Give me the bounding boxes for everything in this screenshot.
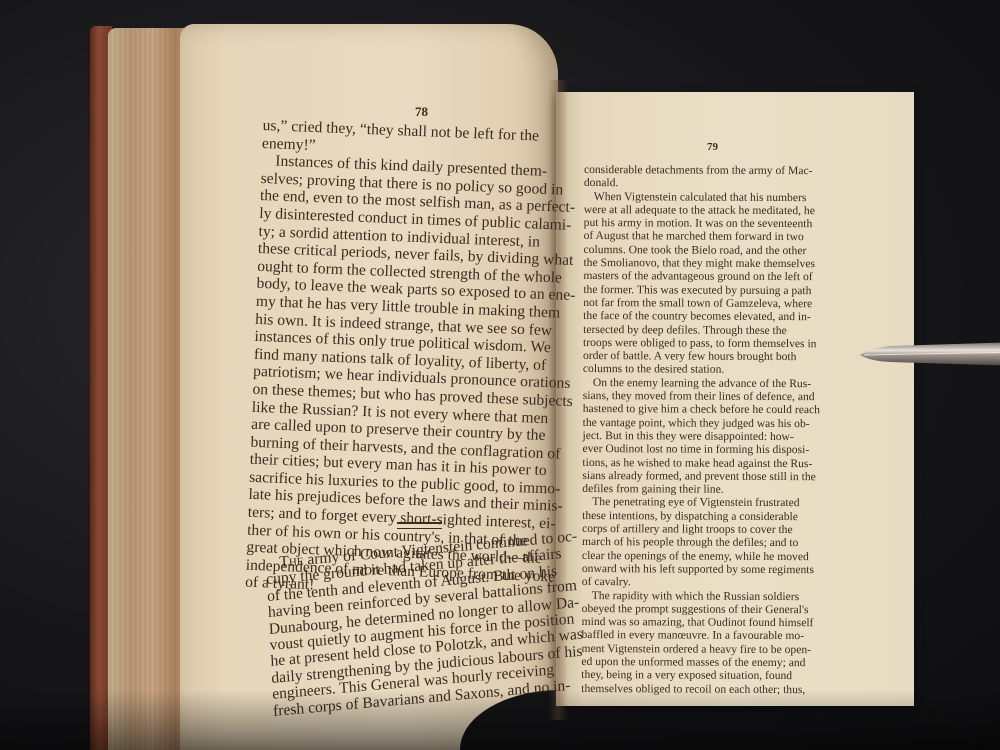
text-line: columns. One took the Bielo road, and th… [584,243,844,258]
text-line: When Vigtenstein calculated that his num… [584,190,844,205]
text-line: On the enemy learning the advance of the… [583,376,843,391]
bottom-shadow [0,690,1000,750]
text-line: corps of artillery and light troops to c… [582,522,842,537]
text-line: not far from the small town of Gamzeleva… [583,296,843,311]
text-line: clear the openings of the enemy, while h… [582,549,842,564]
page-number-left: 78 [415,104,428,120]
text-line: The rapidity with which the Russian sold… [582,588,842,603]
text-line: mind was so amazing, that Oudinot found … [582,615,842,630]
text-line: march of his people through the defiles;… [582,535,842,550]
text-line: The penetrating eye of Vigtenstein frust… [582,495,842,510]
text-line: were at all adequate to the attack he me… [584,203,844,218]
text-line: hastened to give him a check before he c… [583,402,843,417]
right-page-text: considerable detachments from the army o… [581,163,844,696]
text-line: ment Vigtenstein ordered a heavy fire to… [581,642,841,657]
text-line: ever Oudinot lost no time in forming his… [582,442,842,457]
text-line: defiles from gaining their line. [582,482,842,497]
text-line: tions, as he wished to make head against… [582,456,842,471]
text-line: put his army in motion. It was on the se… [584,216,844,231]
text-line: the Smolianovo, that they might make the… [583,256,843,271]
text-line: order of battle. A very few hours brough… [583,349,843,364]
text-line: of August that he marched them forward i… [584,229,844,244]
text-line: considerable detachments from the army o… [584,163,844,178]
text-line: sians, they moved from their lines of de… [583,389,843,404]
left-page-text: us,” cried they, “they shall not be left… [245,117,553,603]
page-number-right: 79 [707,141,718,153]
text-line: obeyed the prompt suggestions of their G… [582,602,842,617]
text-line: onward with his left supported by some r… [582,562,842,577]
text-line: columns to the desired station. [583,362,843,377]
text-line: donald. [584,176,844,191]
text-line: the vantage point, which they judged was… [583,416,843,431]
text-line: baffled in every manœuvre. In a favourab… [581,628,841,643]
text-line: of cavalry. [582,575,842,590]
letter-opener-pointer-icon [860,340,1000,370]
text-line: these intentions, by dispatching a consi… [582,509,842,524]
text-line: sians already formed, and prevent those … [582,469,842,484]
text-line: ed upon the unformed masses of the enemy… [581,655,841,670]
text-line: ject. But in this they were disappointed… [583,429,843,444]
text-line: troops were obliged to pass, to form the… [583,336,843,351]
page-block-edges [108,28,188,750]
text-line: the face of the country becomes elevated… [583,309,843,324]
text-line: tersected by deep defiles. Through these… [583,323,843,338]
text-line: masters of the advantageous ground on th… [583,269,843,284]
text-line: the former. This was executed by pursuin… [583,283,843,298]
text-line: they, being in a very exposed situation,… [581,668,841,683]
section-divider-rule [397,522,442,529]
